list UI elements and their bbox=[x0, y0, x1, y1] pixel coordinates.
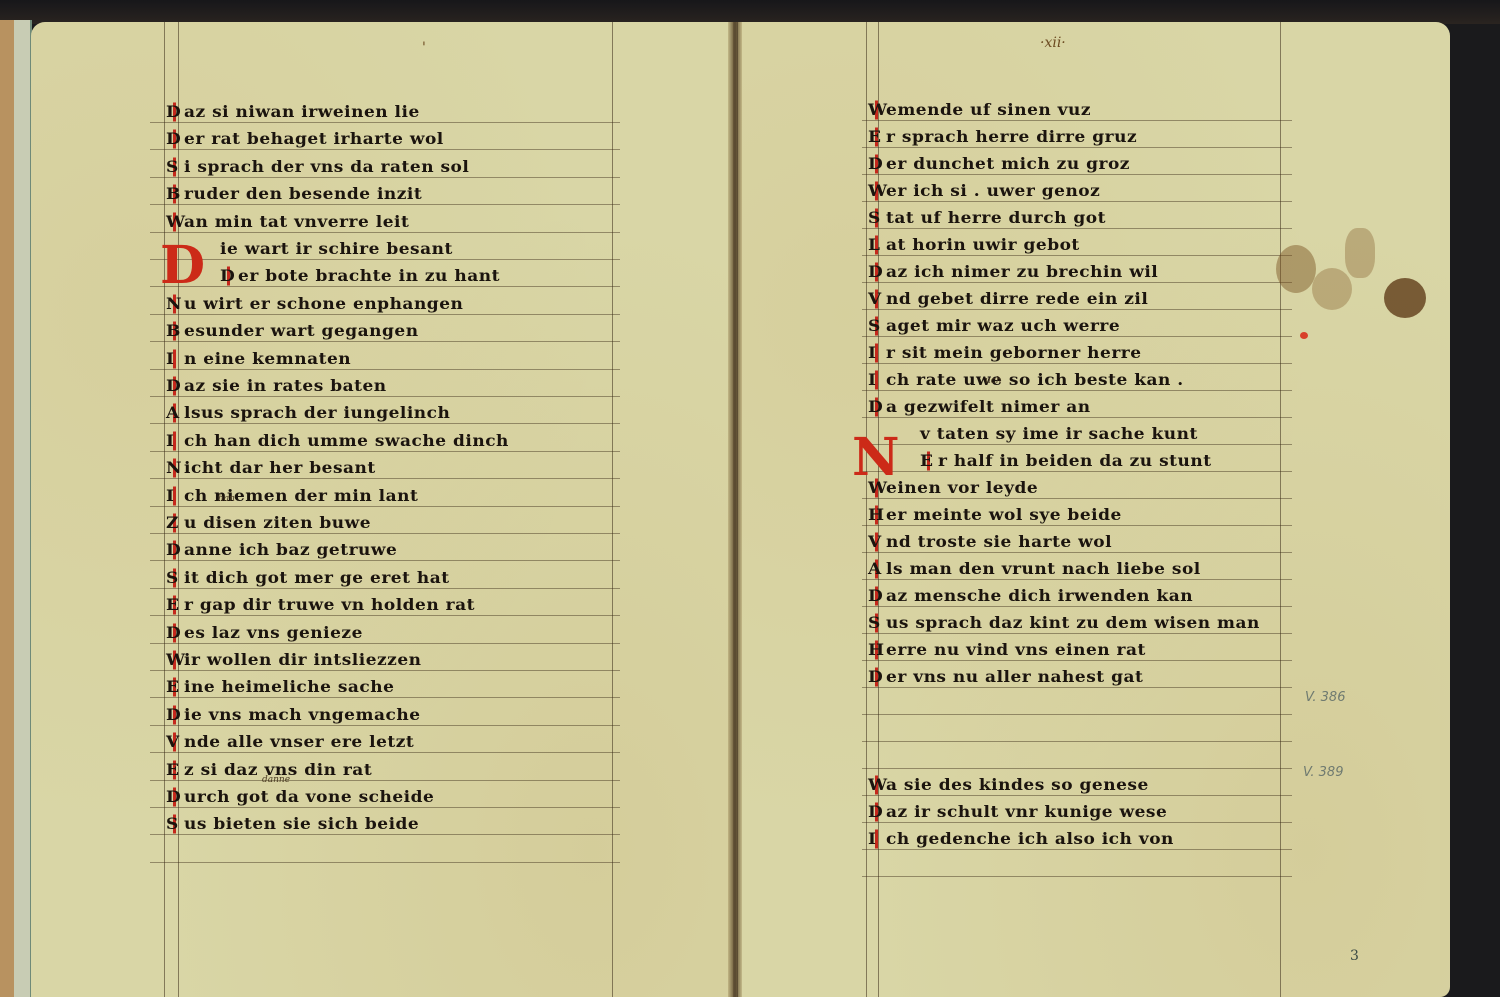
line-text: az mensche dich irwenden kan bbox=[886, 587, 1193, 606]
ruling-line bbox=[150, 615, 620, 616]
ruling-line bbox=[862, 201, 1292, 202]
rubricated-initial: N bbox=[166, 294, 184, 313]
manuscript-line: Vnd troste sie harte wol bbox=[868, 533, 1112, 552]
manuscript-line: Wan min tat vnverre leit bbox=[166, 212, 409, 231]
rubricated-initial: E bbox=[166, 678, 184, 697]
ruling-line bbox=[862, 822, 1292, 823]
line-text: r gap dir truwe vn holden rat bbox=[184, 596, 475, 615]
ruling-line bbox=[150, 670, 620, 671]
ruling-line bbox=[150, 862, 620, 863]
manuscript-line: Vnde alle vnser ere letzt bbox=[166, 733, 414, 752]
line-text: icht dar her besant bbox=[184, 459, 376, 478]
rubricated-initial: H bbox=[868, 641, 886, 660]
manuscript-line: Alsus sprach der iungelinch bbox=[166, 404, 450, 423]
manuscript-line: Vnd gebet dirre rede ein zil bbox=[868, 290, 1148, 309]
rubricated-initial: W bbox=[166, 212, 184, 231]
manuscript-line: Daz ich nimer zu brechin wil bbox=[868, 263, 1158, 282]
rubricated-initial: D bbox=[868, 398, 886, 417]
rubricated-initial: D bbox=[166, 377, 184, 396]
manuscript-line: Herre nu vind vns einen rat bbox=[868, 641, 1146, 660]
line-text: us sprach daz kint zu dem wisen man bbox=[886, 614, 1260, 633]
ruling-line bbox=[150, 369, 620, 370]
ruling-line bbox=[150, 506, 620, 507]
manuscript-line: Ich han dich umme swache dinch bbox=[166, 431, 509, 450]
manuscript-line: Nu wirt er schone enphangen bbox=[166, 294, 463, 313]
line-text: i sprach der vns da raten sol bbox=[184, 157, 469, 176]
manuscript-line: Durch got da vone scheide bbox=[166, 788, 434, 807]
ruling-line bbox=[862, 579, 1292, 580]
stain bbox=[1345, 228, 1375, 278]
manuscript-line: Eine heimeliche sache bbox=[166, 678, 394, 697]
ruling-line bbox=[862, 552, 1292, 553]
manuscript-line: Danne ich baz getruwe bbox=[166, 541, 397, 560]
rubricated-initial: E bbox=[166, 596, 184, 615]
rubricated-initial: D bbox=[868, 668, 886, 687]
line-text: it dich got mer ge eret hat bbox=[184, 568, 450, 587]
ruling-line bbox=[150, 149, 620, 150]
rubricated-initial: D bbox=[166, 788, 184, 807]
right-folio-mark: ·xii· bbox=[1040, 35, 1066, 51]
verse-number-note: V. 386 bbox=[1305, 690, 1345, 705]
manuscript-line: Zu disen ziten buwe bbox=[166, 514, 371, 533]
rubricated-initial: B bbox=[166, 322, 184, 341]
rubricated-initial: I bbox=[868, 830, 886, 849]
ruling-line bbox=[862, 471, 1292, 472]
manuscript-line: Wir wollen dir intsliezzen bbox=[166, 651, 422, 670]
rubricated-initial: N bbox=[166, 459, 184, 478]
pencil-mark: 3 bbox=[1350, 948, 1359, 964]
line-text: an min tat vnverre leit bbox=[184, 212, 409, 231]
manuscript-line: Ich rate uwe so ich beste kan . bbox=[868, 371, 1184, 390]
line-text: ine heimeliche sache bbox=[184, 678, 394, 697]
ruling-line bbox=[150, 752, 620, 753]
ruling-line bbox=[150, 697, 620, 698]
ruling-line bbox=[150, 259, 620, 260]
line-text: ch gedenche ich also ich von bbox=[886, 830, 1174, 849]
manuscript-line: Daz ir schult vnr kunige wese bbox=[868, 803, 1167, 822]
rubricated-initial: I bbox=[868, 344, 886, 363]
manuscript-line: Nicht dar her besant bbox=[166, 459, 376, 478]
rubricated-initial: S bbox=[868, 317, 886, 336]
rubricated-initial: S bbox=[166, 568, 184, 587]
ruling-line bbox=[150, 341, 620, 342]
ruling-line bbox=[150, 286, 620, 287]
manuscript-line: Der vns nu aller nahest gat bbox=[868, 668, 1143, 687]
line-text: r sit mein geborner herre bbox=[886, 344, 1142, 363]
manuscript-line: ie wart ir schire besant bbox=[220, 240, 453, 259]
line-text: r half in beiden da zu stunt bbox=[938, 452, 1212, 471]
rubricated-initial: B bbox=[166, 185, 184, 204]
manuscript-line: Sus sprach daz kint zu dem wisen man bbox=[868, 614, 1260, 633]
book-gutter bbox=[728, 22, 742, 997]
manuscript-line: Daz mensche dich irwenden kan bbox=[868, 587, 1193, 606]
manuscript-line: Besunder wart gegangen bbox=[166, 322, 419, 341]
right-right-margin-rule bbox=[1280, 22, 1281, 997]
left-decorated-initial: D bbox=[160, 240, 205, 292]
stain bbox=[1384, 278, 1426, 318]
manuscript-line: Stat uf herre durch got bbox=[868, 209, 1106, 228]
interlinear-gloss: uch bbox=[985, 376, 1002, 386]
rubricated-initial: D bbox=[166, 130, 184, 149]
manuscript-line: Bruder den besende inzit bbox=[166, 185, 422, 204]
right-margin-rule bbox=[866, 22, 867, 997]
manuscript-line: Daz sie in rates baten bbox=[166, 377, 387, 396]
ruling-line bbox=[862, 444, 1292, 445]
ruling-line bbox=[862, 336, 1292, 337]
manuscript-line: Der bote brachte in zu hant bbox=[220, 267, 500, 286]
manuscript-line: Er gap dir truwe vn holden rat bbox=[166, 596, 475, 615]
line-text: ie vns mach vngemache bbox=[184, 705, 421, 724]
rubricated-initial: E bbox=[868, 128, 886, 147]
manuscript-line: Er sprach herre dirre gruz bbox=[868, 128, 1137, 147]
ruling-line bbox=[862, 849, 1292, 850]
line-text: aget mir waz uch werre bbox=[886, 317, 1120, 336]
manuscript-line: Der rat behaget irharte wol bbox=[166, 130, 444, 149]
ruling-line bbox=[862, 309, 1292, 310]
ruling-line bbox=[862, 768, 1292, 769]
manuscript-line: Sus bieten sie sich beide bbox=[166, 815, 419, 834]
rubricated-initial: D bbox=[220, 267, 238, 286]
ruling-line bbox=[150, 780, 620, 781]
rubricated-initial: D bbox=[166, 623, 184, 642]
manuscript-line: Sit dich got mer ge eret hat bbox=[166, 568, 450, 587]
line-text: ir wollen dir intsliezzen bbox=[184, 651, 422, 670]
rubricated-initial: E bbox=[920, 452, 938, 471]
line-text: er bote brachte in zu hant bbox=[238, 267, 500, 286]
manuscript-line: Ich gedenche ich also ich von bbox=[868, 830, 1174, 849]
rubricated-initial: D bbox=[166, 103, 184, 122]
line-text: esunder wart gegangen bbox=[184, 322, 419, 341]
ruling-line bbox=[150, 807, 620, 808]
rubricated-initial: E bbox=[166, 760, 184, 779]
rubricated-initial: S bbox=[868, 614, 886, 633]
ruling-line bbox=[862, 228, 1292, 229]
rubricated-initial: S bbox=[166, 815, 184, 834]
line-text: ls man den vrunt nach liebe sol bbox=[886, 560, 1201, 579]
rubricated-initial: W bbox=[868, 776, 886, 795]
ruling-line bbox=[862, 525, 1292, 526]
line-text: az sie in rates baten bbox=[184, 377, 387, 396]
rubricated-initial: D bbox=[868, 263, 886, 282]
ruling-line bbox=[862, 795, 1292, 796]
line-text: us bieten sie sich beide bbox=[184, 815, 419, 834]
manuscript-line: Weinen vor leyde bbox=[868, 479, 1038, 498]
stain bbox=[1276, 245, 1316, 293]
rubricated-initial: A bbox=[868, 560, 886, 579]
manuscript-line: In eine kemnaten bbox=[166, 349, 351, 368]
book-cover-edge bbox=[0, 20, 32, 997]
manuscript-line: v taten sy ime ir sache kunt bbox=[920, 425, 1198, 444]
left-margin-rule bbox=[164, 22, 165, 997]
ruling-line bbox=[150, 122, 620, 123]
line-text: nd troste sie harte wol bbox=[886, 533, 1112, 552]
ruling-line bbox=[862, 282, 1292, 283]
ruling-line bbox=[150, 533, 620, 534]
line-text: az si niwan irweinen lie bbox=[184, 103, 420, 122]
ruling-line bbox=[862, 660, 1292, 661]
interlinear-gloss: han bbox=[218, 494, 235, 504]
line-text: ie wart ir schire besant bbox=[220, 240, 453, 259]
ruling-line bbox=[862, 147, 1292, 148]
ruling-line bbox=[150, 314, 620, 315]
ruling-line bbox=[862, 498, 1292, 499]
left-folio-mark: ' bbox=[422, 40, 426, 56]
rubricated-initial: I bbox=[166, 349, 184, 368]
line-text: er meinte wol sye beide bbox=[886, 506, 1122, 525]
line-text: lsus sprach der iungelinch bbox=[184, 404, 450, 423]
right-decorated-initial: N bbox=[852, 432, 900, 484]
rubricated-initial: H bbox=[868, 506, 886, 525]
rubricated-initial: V bbox=[868, 290, 886, 309]
ruling-line bbox=[862, 876, 1292, 877]
line-text: az ich nimer zu brechin wil bbox=[886, 263, 1158, 282]
ruling-line bbox=[150, 423, 620, 424]
ruling-line bbox=[150, 725, 620, 726]
rubricated-initial: D bbox=[868, 803, 886, 822]
manuscript-line: Her meinte wol sye beide bbox=[868, 506, 1122, 525]
rubricated-initial: A bbox=[166, 404, 184, 423]
line-text: ruder den besende inzit bbox=[184, 185, 422, 204]
ruling-line bbox=[862, 633, 1292, 634]
line-text: emende uf sinen vuz bbox=[886, 101, 1091, 120]
line-text: urch got da vone scheide bbox=[184, 788, 434, 807]
ruling-line bbox=[862, 120, 1292, 121]
manuscript-line: Si sprach der vns da raten sol bbox=[166, 157, 469, 176]
line-text: er ich si . uwer genoz bbox=[886, 182, 1100, 201]
ruling-line bbox=[150, 451, 620, 452]
ruling-line bbox=[150, 834, 620, 835]
rubricated-initial: V bbox=[868, 533, 886, 552]
ruling-line bbox=[150, 232, 620, 233]
ruling-line bbox=[862, 363, 1292, 364]
line-text: es laz vns genieze bbox=[184, 623, 363, 642]
line-text: nd gebet dirre rede ein zil bbox=[886, 290, 1148, 309]
line-text: a sie des kindes so genese bbox=[886, 776, 1149, 795]
ruling-line bbox=[150, 588, 620, 589]
line-text: anne ich baz getruwe bbox=[184, 541, 397, 560]
rubricated-initial: I bbox=[166, 431, 184, 450]
line-text: er rat behaget irharte wol bbox=[184, 130, 444, 149]
manuscript-line: Lat horin uwir gebot bbox=[868, 236, 1080, 255]
manuscript-line: Die vns mach vngemache bbox=[166, 705, 421, 724]
manuscript-line: Wemende uf sinen vuz bbox=[868, 101, 1091, 120]
left-right-margin-rule bbox=[612, 22, 613, 997]
book-cover-top bbox=[0, 0, 1500, 24]
ruling-line bbox=[862, 714, 1292, 715]
rubricated-initial: I bbox=[166, 486, 184, 505]
ruling-line bbox=[150, 478, 620, 479]
rubricated-initial: W bbox=[166, 651, 184, 670]
ruling-line bbox=[862, 606, 1292, 607]
ruling-line bbox=[862, 417, 1292, 418]
manuscript-line: Wa sie des kindes so genese bbox=[868, 776, 1149, 795]
line-text: ch rate uwe so ich beste kan . bbox=[886, 371, 1184, 390]
ruling-line bbox=[862, 390, 1292, 391]
line-text: u wirt er schone enphangen bbox=[184, 294, 463, 313]
stain bbox=[1312, 268, 1352, 310]
ruling-line bbox=[862, 174, 1292, 175]
rubricated-initial: D bbox=[868, 587, 886, 606]
line-text: at horin uwir gebot bbox=[886, 236, 1080, 255]
ruling-line bbox=[150, 396, 620, 397]
interlinear-gloss: danne bbox=[262, 775, 290, 785]
line-text: az ir schult vnr kunige wese bbox=[886, 803, 1167, 822]
manuscript-line: Ich niemen der min lant bbox=[166, 486, 418, 505]
manuscript-line: Da gezwifelt nimer an bbox=[868, 398, 1091, 417]
rubricated-initial: Z bbox=[166, 514, 184, 533]
ruling-line bbox=[862, 741, 1292, 742]
line-text: n eine kemnaten bbox=[184, 349, 351, 368]
rubricated-initial: I bbox=[868, 371, 886, 390]
manuscript-line: Ir sit mein geborner herre bbox=[868, 344, 1142, 363]
rubricated-initial: D bbox=[166, 541, 184, 560]
manuscript-line: Wer ich si . uwer genoz bbox=[868, 182, 1100, 201]
line-text: einen vor leyde bbox=[886, 479, 1038, 498]
rubricated-initial: W bbox=[868, 479, 886, 498]
line-text: nde alle vnser ere letzt bbox=[184, 733, 414, 752]
manuscript-line: Saget mir waz uch werre bbox=[868, 317, 1120, 336]
manuscript-line: Des laz vns genieze bbox=[166, 623, 363, 642]
rubricated-initial: W bbox=[868, 101, 886, 120]
rubricated-initial: V bbox=[166, 733, 184, 752]
rubricated-initial: S bbox=[166, 157, 184, 176]
manuscript-line: Er half in beiden da zu stunt bbox=[920, 452, 1212, 471]
line-text: erre nu vind vns einen rat bbox=[886, 641, 1146, 660]
line-text: v taten sy ime ir sache kunt bbox=[920, 425, 1198, 444]
line-text: er dunchet mich zu groz bbox=[886, 155, 1130, 174]
ruling-line bbox=[862, 255, 1292, 256]
red-spot bbox=[1300, 332, 1308, 339]
rubricated-initial: W bbox=[868, 182, 886, 201]
line-text: r sprach herre dirre gruz bbox=[886, 128, 1137, 147]
rubricated-initial: D bbox=[166, 705, 184, 724]
ruling-line bbox=[862, 687, 1292, 688]
verse-number-note: V. 389 bbox=[1303, 765, 1343, 780]
rubricated-initial: S bbox=[868, 209, 886, 228]
manuscript-line: Der dunchet mich zu groz bbox=[868, 155, 1130, 174]
line-text: u disen ziten buwe bbox=[184, 514, 371, 533]
line-text: ch han dich umme swache dinch bbox=[184, 431, 509, 450]
ruling-line bbox=[150, 560, 620, 561]
line-text: a gezwifelt nimer an bbox=[886, 398, 1091, 417]
ruling-line bbox=[150, 204, 620, 205]
ruling-line bbox=[150, 643, 620, 644]
ruling-line bbox=[150, 177, 620, 178]
line-text: er vns nu aller nahest gat bbox=[886, 668, 1143, 687]
rubricated-initial: L bbox=[868, 236, 886, 255]
line-text: tat uf herre durch got bbox=[886, 209, 1106, 228]
manuscript-line: Daz si niwan irweinen lie bbox=[166, 103, 420, 122]
manuscript-line: Als man den vrunt nach liebe sol bbox=[868, 560, 1201, 579]
rubricated-initial: D bbox=[868, 155, 886, 174]
